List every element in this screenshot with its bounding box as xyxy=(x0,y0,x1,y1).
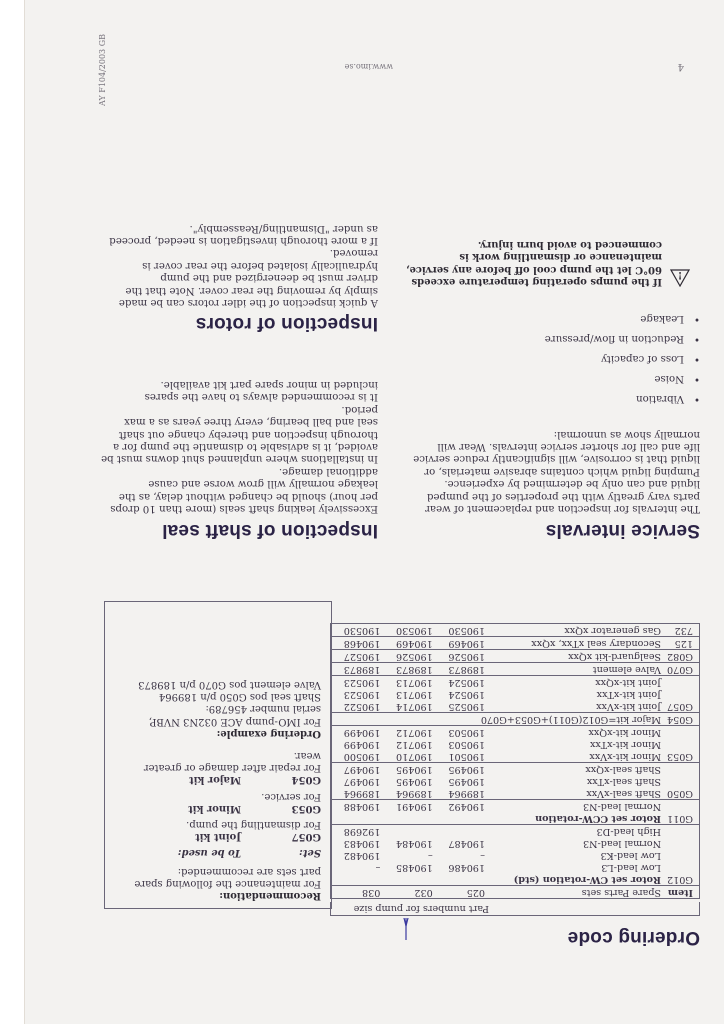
item-code xyxy=(664,726,699,739)
table-row: G070Valve element189873189873189873 xyxy=(331,663,700,676)
part-description: Rotor set CCW-rotation xyxy=(331,812,665,825)
header-item: Item xyxy=(664,886,699,899)
page-number: 4 xyxy=(678,61,684,72)
table-row: 732Gas generator xQxx190530190530190530 xyxy=(331,624,700,637)
item-code: G082 xyxy=(664,650,699,663)
part-description: Joint kit-xTxx xyxy=(488,688,664,700)
table-row: G054Major kit=G012(G011)+G053+G070 xyxy=(331,713,700,726)
part-number: 190469 xyxy=(383,637,435,650)
paragraph: If a more thorough investigation is need… xyxy=(100,221,378,246)
part-description: Joint kit-xQxx xyxy=(488,676,664,689)
svg-text:!: ! xyxy=(678,269,682,280)
header-description: Spare Parts sets xyxy=(488,886,664,899)
bullet-item: Leakage xyxy=(545,304,684,324)
item-code xyxy=(664,738,699,750)
part-description: Major kit=G012(G011)+G053+G070 xyxy=(331,713,665,726)
set-usage: For service. xyxy=(115,789,321,801)
shaft-seal-body: Excessively leaking shaft seals (more th… xyxy=(100,378,378,514)
part-number: 190710 xyxy=(383,750,435,763)
part-number: 189873 xyxy=(436,663,488,676)
recommendation-title: Recommendation: xyxy=(219,890,321,901)
example-line: Shaft seal pos G050 p/n 189964 xyxy=(115,690,321,702)
part-description: Low lead-L3 xyxy=(488,861,664,873)
set-code: G054 xyxy=(241,773,321,785)
part-number: 190495 xyxy=(383,775,435,787)
recommended-set: G057Joint kit xyxy=(115,830,321,842)
recommended-set: G053Minor kit xyxy=(115,802,321,814)
part-number: 190501 xyxy=(436,750,488,763)
set-label: Set: xyxy=(241,846,321,858)
part-number: 190495 xyxy=(436,775,488,787)
table-row: G012Rotor set CW-rotation (std) xyxy=(331,873,700,886)
table-caption: Part numbers for pump size xyxy=(330,902,700,916)
part-description: High lead-D3 xyxy=(488,825,664,838)
part-number: – xyxy=(331,861,384,873)
part-number: 192698 xyxy=(331,825,384,838)
part-number: 189873 xyxy=(383,663,435,676)
part-description: Minor kit-xQxx xyxy=(488,726,664,739)
part-description: Rotor set CW-rotation (std) xyxy=(331,873,665,886)
part-number: 190499 xyxy=(331,726,384,739)
wear-symptom-list: VibrationNoiseLoss of capacityReduction … xyxy=(545,304,684,404)
part-description: Joint kit-xVxx xyxy=(488,700,664,713)
part-description: Shaft seal-xTxx xyxy=(488,775,664,787)
part-number: 190522 xyxy=(331,700,384,713)
spare-parts-table: ItemSpare Parts sets025032038G012Rotor s… xyxy=(330,623,700,899)
part-number: 190524 xyxy=(436,688,488,700)
part-number: 190469 xyxy=(436,637,488,650)
part-number: 190523 xyxy=(331,676,384,689)
set-name: Major kit xyxy=(189,773,241,785)
item-code xyxy=(664,676,699,689)
part-number: 190525 xyxy=(436,700,488,713)
part-number xyxy=(436,825,488,838)
part-number: 190495 xyxy=(436,763,488,776)
part-number: 190487 xyxy=(436,837,488,849)
item-code: 125 xyxy=(664,637,699,650)
example-title: Ordering example: xyxy=(217,728,321,739)
part-number: 190714 xyxy=(383,700,435,713)
part-number: 190500 xyxy=(331,750,384,763)
service-intervals-heading: Service intervals xyxy=(546,519,700,541)
part-number: 190527 xyxy=(331,650,384,663)
item-code: G053 xyxy=(664,750,699,763)
item-code: G057 xyxy=(664,700,699,713)
part-description: Shaft seal-xQxx xyxy=(488,763,664,776)
item-code: 732 xyxy=(664,624,699,637)
part-number: 190482 xyxy=(331,849,384,861)
part-number: 190483 xyxy=(331,837,384,849)
set-code: G053 xyxy=(241,802,321,814)
recommendation-box: Recommendation: For maintenance the foll… xyxy=(104,601,332,909)
part-number: 190530 xyxy=(436,624,488,637)
part-number: 190488 xyxy=(331,800,384,813)
table-row: G057Joint kit-xVxx190525190714190522 xyxy=(331,700,700,713)
document-page: Ordering code Part numbers for pump size… xyxy=(0,0,724,1024)
table-row: Shaft seal-xQxx190495190495190497 xyxy=(331,763,700,776)
part-number: 190712 xyxy=(383,726,435,739)
ordering-code-heading: Ordering code xyxy=(568,926,700,948)
table-row: G053Minor kit-xVxx190501190710190500 xyxy=(331,750,700,763)
table-row: G050Shaft seal-xVxx189964189964189964 xyxy=(331,787,700,800)
scan-edge xyxy=(0,0,25,1024)
set-usage: For dismantling the pump. xyxy=(115,818,321,830)
table-row: Shaft seal-xTxx190495190495190497 xyxy=(331,775,700,787)
table-row: Normal lead-N3190492190491190488 xyxy=(331,800,700,813)
part-number: – xyxy=(436,849,488,861)
bullet-item: Reduction in flow/pressure xyxy=(545,324,684,344)
table-row: Low lead-K3––190482 xyxy=(331,849,700,861)
part-description: Secondary seal xTxx, xQxx xyxy=(488,637,664,650)
warning-text: If the pumps operating temperature excee… xyxy=(406,239,662,287)
part-number: 190524 xyxy=(436,676,488,689)
table-row: Low lead-L3190486190485– xyxy=(331,861,700,873)
item-code xyxy=(664,800,699,813)
item-code xyxy=(664,837,699,849)
table-row: Minor kit-xTxx190503190712190499 xyxy=(331,738,700,750)
part-number: 189964 xyxy=(331,787,384,800)
part-number: 189964 xyxy=(383,787,435,800)
part-number: 190713 xyxy=(383,688,435,700)
header-size: 032 xyxy=(383,886,435,899)
part-number: 190484 xyxy=(383,837,435,849)
part-description: Shaft seal-xVxx xyxy=(488,787,664,800)
part-number: 190530 xyxy=(331,624,384,637)
part-number: 190713 xyxy=(383,676,435,689)
website: www.imo.se xyxy=(345,62,393,71)
item-code: G050 xyxy=(664,787,699,800)
part-number: 190491 xyxy=(383,800,435,813)
part-description: Normal lead-N3 xyxy=(488,800,664,813)
header-size: 038 xyxy=(331,886,384,899)
caption-text: Part numbers for pump size xyxy=(354,903,489,914)
part-number: 190492 xyxy=(436,800,488,813)
example-line: serial number 456789: xyxy=(115,702,321,714)
part-description: Valve element xyxy=(488,663,664,676)
part-description: Normal lead-N3 xyxy=(488,837,664,849)
part-number: 190523 xyxy=(331,688,384,700)
set-usage: For repair after damage or greater wear. xyxy=(115,749,321,773)
part-number: 190503 xyxy=(436,738,488,750)
item-code: G054 xyxy=(664,713,699,726)
part-number: 190526 xyxy=(383,650,435,663)
example-line: Valve element pos G070 p/n 189873 xyxy=(115,678,321,690)
document-code: AY F104/2003 GB xyxy=(98,34,107,106)
item-code: G011 xyxy=(664,812,699,825)
table-row: High lead-D3192698 xyxy=(331,825,700,838)
item-code xyxy=(664,688,699,700)
part-number: 190712 xyxy=(383,738,435,750)
table-header-row: ItemSpare Parts sets025032038 xyxy=(331,886,700,899)
part-description: Low lead-K3 xyxy=(488,849,664,861)
shaft-seal-heading: Inspection of shaft seal xyxy=(162,519,378,541)
set-name: Minor kit xyxy=(188,802,241,814)
part-description: Gas generator xQxx xyxy=(488,624,664,637)
item-code xyxy=(664,763,699,776)
table-row: Joint kit-xTxx190524190713190523 xyxy=(331,688,700,700)
table-row: G082Sealguard-kit xQxx190526190526190527 xyxy=(331,650,700,663)
rotors-body: A quick inspection of the idler rotors c… xyxy=(100,221,378,308)
part-number: 189873 xyxy=(331,663,384,676)
set-name: Joint kit xyxy=(195,830,241,842)
ordering-example: For IMO-pump ACE 032N3 NVBP,serial numbe… xyxy=(115,678,321,727)
recommendation-sets: G057Joint kitFor dismantling the pump.G0… xyxy=(115,749,321,842)
part-description: Minor kit-xTxx xyxy=(488,738,664,750)
part-number: 190530 xyxy=(383,624,435,637)
table-row: Joint kit-xQxx190524190713190523 xyxy=(331,676,700,689)
paragraph: In installations where unplanned shut do… xyxy=(100,402,378,464)
set-code: G057 xyxy=(241,830,321,842)
part-number: 190497 xyxy=(331,775,384,787)
part-description: Minor kit-xVxx xyxy=(488,750,664,763)
part-number: 190495 xyxy=(383,763,435,776)
warning-icon: ! xyxy=(670,269,690,287)
bullet-item: Noise xyxy=(545,364,684,384)
part-description: Sealguard-kit xQxx xyxy=(488,650,664,663)
part-number: 189964 xyxy=(436,787,488,800)
item-code xyxy=(664,775,699,787)
item-code xyxy=(664,825,699,838)
part-number: 190497 xyxy=(331,763,384,776)
part-number xyxy=(383,825,435,838)
temperature-warning: ! If the pumps operating temperature exc… xyxy=(392,237,692,287)
paragraph: It is recommended always to have the spa… xyxy=(100,378,378,403)
part-number: 190468 xyxy=(331,637,384,650)
example-line: For IMO-pump ACE 032N3 NVBP, xyxy=(115,714,321,726)
table-row: G011Rotor set CCW-rotation xyxy=(331,812,700,825)
part-number: 190526 xyxy=(436,650,488,663)
use-label: To be used: xyxy=(178,846,241,858)
table-row: 125Secondary seal xTxx, xQxx190469190469… xyxy=(331,637,700,650)
item-code: G012 xyxy=(664,873,699,886)
rotors-heading: Inspection of rotors xyxy=(196,312,378,334)
item-code xyxy=(664,861,699,873)
part-number: 190486 xyxy=(436,861,488,873)
part-number: – xyxy=(383,849,435,861)
paragraph: Excessively leaking shaft seals (more th… xyxy=(100,464,378,514)
bullet-item: Loss of capacity xyxy=(545,344,684,364)
arrow-icon xyxy=(401,918,411,942)
table-row: Minor kit-xQxx190503190712190499 xyxy=(331,726,700,739)
item-code: G070 xyxy=(664,663,699,676)
bullet-item: Vibration xyxy=(545,384,684,404)
item-code xyxy=(664,849,699,861)
part-number: 190485 xyxy=(383,861,435,873)
recommended-set: G054Major kit xyxy=(115,773,321,785)
part-number: 190499 xyxy=(331,738,384,750)
part-number: 190503 xyxy=(436,726,488,739)
header-size: 025 xyxy=(436,886,488,899)
paragraph: A quick inspection of the idler rotors c… xyxy=(100,246,378,308)
service-intervals-body: The intervals for inspection and replace… xyxy=(400,427,700,514)
recommendation-intro: For maintenance the following spare part… xyxy=(115,864,321,888)
table-row: Normal lead-N3190487190484190483 xyxy=(331,837,700,849)
